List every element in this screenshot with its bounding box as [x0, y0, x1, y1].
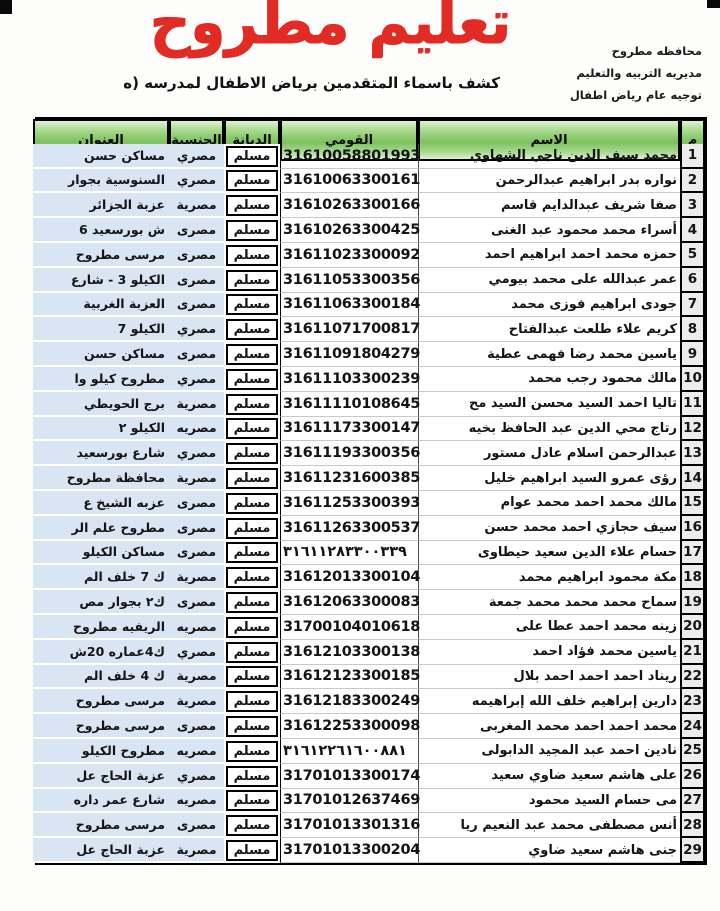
serial-cell: 23: [680, 689, 705, 714]
national-id-cell: 31610263300425: [280, 218, 418, 243]
serial-cell: 28: [680, 813, 705, 838]
religion-cell: مسلم: [224, 243, 280, 268]
name-cell: زينه محمد احمد عطا على: [418, 615, 680, 640]
nationality-cell: مصرى: [169, 491, 224, 516]
religion-cell: مسلم: [224, 789, 280, 814]
serial-cell: 6: [680, 268, 705, 293]
religion-box: مسلم: [226, 666, 278, 687]
religion-cell: مسلم: [224, 640, 280, 665]
name-cell: مكة محمود ابراهيم محمد: [418, 565, 680, 590]
serial-cell: 16: [680, 516, 705, 541]
address-cell: شارع عمر داره: [33, 789, 169, 814]
name-cell: محمد احمد احمد محمد المغربى: [418, 714, 680, 739]
name-cell: صفا شريف عبدالدايم قاسم: [418, 193, 680, 218]
religion-box: مسلم: [226, 220, 278, 241]
religion-cell: مسلم: [224, 615, 280, 640]
nationality-cell: مصريه: [169, 615, 224, 640]
name-cell: ياسين محمد رضا فهمى عطية: [418, 342, 680, 367]
list-subtitle: كشف باسماء المتقدمين برياض الاطفال لمدرس…: [123, 74, 500, 92]
nationality-cell: مصري: [169, 367, 224, 392]
address-cell: مطروح علم الر: [33, 516, 169, 541]
serial-cell: 24: [680, 714, 705, 739]
religion-cell: مسلم: [224, 441, 280, 466]
serial-cell: 25: [680, 739, 705, 764]
name-cell: حمزه محمد احمد ابراهيم احمد: [418, 243, 680, 268]
religion-cell: مسلم: [224, 466, 280, 491]
name-cell: ياسين محمد فؤاد احمد: [418, 640, 680, 665]
serial-cell: 11: [680, 392, 705, 417]
scanned-roster-page: { "page": { "title": "تعليم مطروح", "sub…: [0, 0, 720, 911]
serial-cell: 5: [680, 243, 705, 268]
address-cell: محافظة مطروح: [33, 466, 169, 491]
address-cell: مرسى مطروح: [33, 243, 169, 268]
serial-cell: 13: [680, 441, 705, 466]
page-title: تعليم مطروح: [140, 0, 520, 58]
national-id-cell: 31610063300161: [280, 169, 418, 194]
national-id-cell: 31610058801993: [280, 144, 418, 169]
name-cell: دارين إبراهيم خلف الله إبراهيمه: [418, 689, 680, 714]
serial-cell: 2: [680, 169, 705, 194]
religion-cell: مسلم: [224, 293, 280, 318]
nationality-cell: مصرى: [169, 342, 224, 367]
address-cell: عزبة الحاج عل: [33, 838, 169, 863]
national-id-cell: 31611263300537: [280, 516, 418, 541]
name-cell: تاليا احمد السيد محسن السيد مح: [418, 392, 680, 417]
national-id-cell: 31611063300184: [280, 293, 418, 318]
national-id-cell: 31611193300356: [280, 441, 418, 466]
religion-box: مسلم: [226, 170, 278, 191]
national-id-cell: 31701013300174: [280, 764, 418, 789]
serial-cell: 4: [680, 218, 705, 243]
name-cell: عمر عبدالله على محمد بيومي: [418, 268, 680, 293]
name-cell: نواره بدر ابراهيم عبدالرحمن: [418, 169, 680, 194]
national-id-cell: 31610263300166: [280, 193, 418, 218]
address-cell: مساكن حسن: [33, 144, 169, 169]
address-cell: مطروح الكيلو: [33, 739, 169, 764]
religion-box: مسلم: [226, 840, 278, 861]
org-line-supervision: توجيه عام رياض اطفال: [570, 84, 702, 106]
national-id-cell: 31611231600385: [280, 466, 418, 491]
org-line-governorate: محافظه مطروح: [570, 40, 702, 62]
religion-cell: مسلم: [224, 565, 280, 590]
nationality-cell: مصرية: [169, 193, 224, 218]
address-cell: ك 4 خلف الم: [33, 665, 169, 690]
serial-cell: 3: [680, 193, 705, 218]
address-cell: ك٢ بجوار مص: [33, 590, 169, 615]
religion-cell: مسلم: [224, 491, 280, 516]
serial-cell: 20: [680, 615, 705, 640]
address-cell: مطروح كيلو وا: [33, 367, 169, 392]
national-id-cell: 31701012637469: [280, 789, 418, 814]
nationality-cell: مصريه: [169, 739, 224, 764]
national-id-cell: 31612253300098: [280, 714, 418, 739]
national-id-cell: 31612123300185: [280, 665, 418, 690]
serial-cell: 27: [680, 789, 705, 814]
org-line-directorate: مديريه التربيه والتعليم: [570, 62, 702, 84]
religion-cell: مسلم: [224, 541, 280, 566]
nationality-cell: مصرى: [169, 714, 224, 739]
name-cell: رؤى عمرو السيد ابراهيم خليل: [418, 466, 680, 491]
religion-box: مسلم: [226, 642, 278, 663]
scan-artifact-top-left: [0, 0, 12, 14]
nationality-cell: مصرى: [169, 813, 224, 838]
religion-cell: مسلم: [224, 739, 280, 764]
nationality-cell: مصرى: [169, 541, 224, 566]
national-id-cell: 31612013300104: [280, 565, 418, 590]
religion-cell: مسلم: [224, 689, 280, 714]
religion-box: مسلم: [226, 691, 278, 712]
national-id-cell: 31701013300204: [280, 838, 418, 863]
serial-cell: 14: [680, 466, 705, 491]
religion-box: مسلم: [226, 617, 278, 638]
address-cell: عزبه الشيخ ع: [33, 491, 169, 516]
religion-box: مسلم: [226, 394, 278, 415]
name-cell: جنى هاشم سعيد ضاوي: [418, 838, 680, 863]
address-cell: مرسى مطروح: [33, 714, 169, 739]
address-cell: عزبة الجزائر: [33, 193, 169, 218]
name-cell: جودى ابراهيم فوزى محمد: [418, 293, 680, 318]
national-id-cell: 31701013301316: [280, 813, 418, 838]
org-header-block: محافظه مطروح مديريه التربيه والتعليم توج…: [570, 40, 702, 106]
nationality-cell: مصرى: [169, 516, 224, 541]
religion-box: مسلم: [226, 790, 278, 811]
national-id-cell: 31611023300092: [280, 243, 418, 268]
address-cell: مرسى مطروح: [33, 689, 169, 714]
religion-cell: مسلم: [224, 590, 280, 615]
religion-cell: مسلم: [224, 665, 280, 690]
religion-cell: مسلم: [224, 714, 280, 739]
religion-cell: مسلم: [224, 144, 280, 169]
religion-box: مسلم: [226, 418, 278, 439]
religion-cell: مسلم: [224, 417, 280, 442]
religion-cell: مسلم: [224, 169, 280, 194]
religion-box: مسلم: [226, 815, 278, 836]
religion-cell: مسلم: [224, 268, 280, 293]
nationality-cell: مصري: [169, 441, 224, 466]
religion-cell: مسلم: [224, 193, 280, 218]
religion-box: مسلم: [226, 567, 278, 588]
religion-box: مسلم: [226, 741, 278, 762]
national-id-cell: 31612183300249: [280, 689, 418, 714]
nationality-cell: مصريه: [169, 789, 224, 814]
religion-box: مسلم: [226, 195, 278, 216]
religion-cell: مسلم: [224, 764, 280, 789]
address-cell: ك 7 خلف الم: [33, 565, 169, 590]
religion-cell: مسلم: [224, 838, 280, 863]
address-cell: ش بورسعيد 6: [33, 218, 169, 243]
religion-cell: مسلم: [224, 813, 280, 838]
nationality-cell: مصري: [169, 317, 224, 342]
name-cell: كريم علاء طلعت عبدالفتاح: [418, 317, 680, 342]
serial-cell: 18: [680, 565, 705, 590]
religion-box: مسلم: [226, 294, 278, 315]
national-id-cell: 31611071700817: [280, 317, 418, 342]
address-cell: شارع بورسعيد: [33, 441, 169, 466]
religion-box: مسلم: [226, 518, 278, 539]
serial-cell: 22: [680, 665, 705, 690]
religion-box: مسلم: [226, 468, 278, 489]
name-cell: سيف حجازي احمد محمد حسن: [418, 516, 680, 541]
nationality-cell: مصري: [169, 169, 224, 194]
nationality-cell: مصرية: [169, 565, 224, 590]
national-id-cell: 31611253300393: [280, 491, 418, 516]
serial-cell: 10: [680, 367, 705, 392]
serial-cell: 17: [680, 541, 705, 566]
national-id-cell: 31611173300147: [280, 417, 418, 442]
religion-cell: مسلم: [224, 218, 280, 243]
name-cell: مالك محمود رجب محمد: [418, 367, 680, 392]
name-cell: سماح محمد محمد محمد جمعة: [418, 590, 680, 615]
nationality-cell: مصرية: [169, 689, 224, 714]
nationality-cell: مصرية: [169, 392, 224, 417]
national-id-cell: 31612063300083: [280, 590, 418, 615]
address-cell: مساكن حسن: [33, 342, 169, 367]
name-cell: محمد سيف الدين ناجي الشهاوي: [418, 144, 680, 169]
nationality-cell: مصرية: [169, 466, 224, 491]
name-cell: عبدالرحمن اسلام عادل مستور: [418, 441, 680, 466]
serial-cell: 8: [680, 317, 705, 342]
serial-cell: 15: [680, 491, 705, 516]
nationality-cell: مصرى: [169, 268, 224, 293]
address-cell: عزبة الحاج عل: [33, 764, 169, 789]
religion-box: مسلم: [226, 443, 278, 464]
religion-cell: مسلم: [224, 392, 280, 417]
serial-cell: 19: [680, 590, 705, 615]
name-cell: أسراء محمد محمود عبد الغنى: [418, 218, 680, 243]
address-cell: مساكن الكيلو: [33, 541, 169, 566]
religion-box: مسلم: [226, 245, 278, 266]
national-id-cell: ٣١٦١١٢٨٣٣٠٠٣٣٩: [280, 541, 418, 566]
address-cell: ك4عماره 20ش: [33, 640, 169, 665]
religion-box: مسلم: [226, 592, 278, 613]
nationality-cell: مصرى: [169, 243, 224, 268]
religion-cell: مسلم: [224, 516, 280, 541]
religion-box: مسلم: [226, 319, 278, 340]
nationality-cell: مصرى: [169, 218, 224, 243]
nationality-cell: مصرى: [169, 590, 224, 615]
national-id-cell: ٣١٦١٢٢٦١٦٠٠٨٨١: [280, 739, 418, 764]
nationality-cell: مصرية: [169, 665, 224, 690]
address-cell: برج الحويطي: [33, 392, 169, 417]
national-id-cell: 31611053300356: [280, 268, 418, 293]
serial-cell: 12: [680, 417, 705, 442]
applicants-table: م الاسم القومي الديانة الجنسية العنوان 1…: [35, 117, 707, 865]
scan-artifact-top-right: [707, 0, 720, 8]
nationality-cell: مصري: [169, 640, 224, 665]
name-cell: أنس مصطفى محمد عبد النعيم ريا: [418, 813, 680, 838]
national-id-cell: 31612103300138: [280, 640, 418, 665]
nationality-cell: مصري: [169, 764, 224, 789]
serial-cell: 9: [680, 342, 705, 367]
religion-box: مسلم: [226, 493, 278, 514]
serial-cell: 7: [680, 293, 705, 318]
religion-box: مسلم: [226, 369, 278, 390]
name-cell: ريناد احمد احمد احمد بلال: [418, 665, 680, 690]
serial-cell: 1: [680, 144, 705, 169]
name-cell: نادين احمد عبد المجيد الدابولى: [418, 739, 680, 764]
religion-box: مسلم: [226, 270, 278, 291]
nationality-cell: مصريه: [169, 417, 224, 442]
religion-cell: مسلم: [224, 342, 280, 367]
national-id-cell: 31611091804279: [280, 342, 418, 367]
national-id-cell: 31700104010618: [280, 615, 418, 640]
nationality-cell: مصرية: [169, 838, 224, 863]
address-cell: السنوسية بجوار: [33, 169, 169, 194]
address-cell: العزبة الغربية: [33, 293, 169, 318]
serial-cell: 29: [680, 838, 705, 863]
religion-box: مسلم: [226, 766, 278, 787]
nationality-cell: مصري: [169, 144, 224, 169]
name-cell: مى حسام السيد محمود: [418, 789, 680, 814]
nationality-cell: مصرى: [169, 293, 224, 318]
name-cell: رتاج محي الدين عبد الحافظ بخيه: [418, 417, 680, 442]
name-cell: مالك محمد احمد محمد عوام: [418, 491, 680, 516]
address-cell: الكيلو ٢: [33, 417, 169, 442]
address-cell: مرسى مطروح: [33, 813, 169, 838]
address-cell: الكيلو 3 - شارع: [33, 268, 169, 293]
national-id-cell: 31611103300239: [280, 367, 418, 392]
religion-box: مسلم: [226, 146, 278, 167]
religion-box: مسلم: [226, 344, 278, 365]
national-id-cell: 31611110108645: [280, 392, 418, 417]
serial-cell: 26: [680, 764, 705, 789]
religion-cell: مسلم: [224, 367, 280, 392]
address-cell: الريفيه مطروح: [33, 615, 169, 640]
religion-box: مسلم: [226, 542, 278, 563]
religion-box: مسلم: [226, 716, 278, 737]
address-cell: الكيلو 7: [33, 317, 169, 342]
religion-cell: مسلم: [224, 317, 280, 342]
serial-cell: 21: [680, 640, 705, 665]
name-cell: حسام علاء الدين سعيد حيطاوى: [418, 541, 680, 566]
name-cell: على هاشم سعيد ضاوي سعيد: [418, 764, 680, 789]
